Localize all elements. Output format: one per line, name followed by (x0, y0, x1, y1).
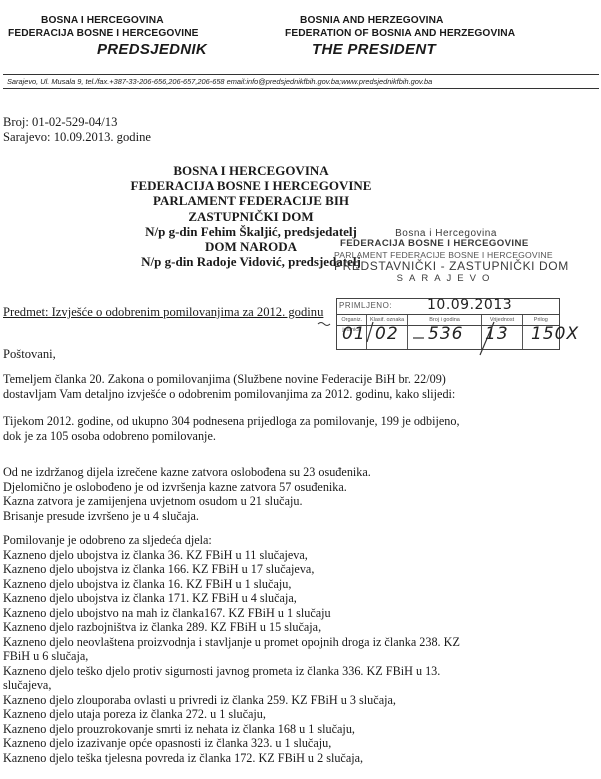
letterhead-office-title: PREDSJEDNIK (0, 41, 300, 58)
letterhead-country-en: BOSNIA AND HERZEGOVINA (300, 14, 601, 27)
letterhead-bosnian: BOSNA I HERCEGOVINA FEDERACIJA BOSNE I H… (0, 14, 300, 58)
recipient-line: FEDERACIJA BOSNE I HERCEGOVINE (120, 178, 382, 193)
text-line: dostavljam Vam detaljno izvješće o odobr… (3, 387, 455, 402)
details-paragraph: Od ne izdržanog dijela izrečene kazne za… (3, 465, 371, 523)
received-stamp: Bosna i Hercegovina FEDERACIJA BOSNE I H… (334, 228, 558, 284)
list-item: Kazneno djelo zlouporaba ovlasti u privr… (3, 693, 460, 708)
handwritten-attachment: 150X (531, 324, 579, 344)
reference-number: Broj: 01-02-529-04/13 (3, 115, 151, 130)
letterhead-english: BOSNIA AND HERZEGOVINA FEDERATION OF BOS… (300, 14, 601, 58)
recipient-line: BOSNA I HERCEGOVINA (120, 163, 382, 178)
recipient-line: PARLAMENT FEDERACIJE BIH (120, 193, 382, 208)
reference-place-date: Sarajevo: 10.09.2013. godine (3, 130, 151, 145)
stamp-line: PARLAMENT FEDERACIJE BOSNE I HERCEGOVINE (334, 250, 558, 260)
reference-block: Broj: 01-02-529-04/13 Sarajevo: 10.09.20… (3, 115, 151, 145)
list-item: Kazneno djelo razbojništva iz članka 289… (3, 620, 460, 635)
letterhead-federation-en: FEDERATION OF BOSNIA AND HERZEGOVINA (285, 27, 601, 40)
letterhead-country: BOSNA I HERCEGOVINA (0, 14, 300, 27)
text-line: Od ne izdržanog dijela izrečene kazne za… (3, 465, 371, 480)
letterhead-federation: FEDERACIJA BOSNE I HERCEGOVINE (0, 27, 300, 40)
stamp-line: FEDERACIJA BOSNE I HERCEGOVINE (340, 239, 558, 250)
contact-bar: Sarajevo, Ul. Musala 9, tel./fax.+387-33… (3, 74, 599, 89)
list-item: Kazneno djelo ubojstva iz članka 16. KZ … (3, 577, 460, 592)
text-line: Djelomično je oslobođeno je od izvršenja… (3, 480, 371, 495)
list-item: Kazneno djelo teško djelo protiv sigurno… (3, 664, 460, 679)
text-line: Tijekom 2012. godine, od ukupno 304 podn… (3, 414, 460, 429)
stamp-line: PREDSTAVNIČKI - ZASTUPNIČKI DOM (334, 260, 558, 273)
list-item: Kazneno djelo ubojstva iz članka 36. KZ … (3, 548, 460, 563)
summary-paragraph: Tijekom 2012. godine, od ukupno 304 podn… (3, 414, 460, 443)
list-item: Kazneno djelo utaja poreza iz članka 272… (3, 707, 460, 722)
offenses-list: Pomilovanje je odobreno za sljedeća djel… (3, 533, 460, 765)
handwritten-class: 02 (375, 324, 399, 344)
handwritten-unit: 01 (342, 324, 366, 344)
text-line: Temeljem članka 20. Zakona o pomilovanji… (3, 372, 455, 387)
list-item: Kazneno djelo neovlaštena proizvodnja i … (3, 635, 460, 650)
text-line: Kazna zatvora je zamijenjena uvjetnom os… (3, 494, 371, 509)
list-item: Kazneno djelo ubojstva iz članka 171. KZ… (3, 591, 460, 606)
list-item: Kazneno djelo ubojstva iz članka 166. KZ… (3, 562, 460, 577)
offenses-intro: Pomilovanje je odobreno za sljedeća djel… (3, 533, 460, 548)
text-line: dok je za 105 osoba odobreno pomilovanje… (3, 429, 460, 444)
letterhead-office-title-en: THE PRESIDENT (300, 41, 601, 58)
text-line: Brisanje presude izvršeno je u 4 slučaja… (3, 509, 371, 524)
list-item: slučajeva, (3, 678, 460, 693)
received-label: PRIMLJENO: (339, 301, 392, 310)
greeting: Poštovani, (3, 347, 56, 362)
list-item: Kazneno djelo prouzrokovanje smrti iz ne… (3, 722, 460, 737)
intro-paragraph: Temeljem članka 20. Zakona o pomilovanji… (3, 372, 455, 401)
list-item: Kazneno djelo teška tjelesna povreda iz … (3, 751, 460, 766)
contact-info: Sarajevo, Ul. Musala 9, tel./fax.+387-33… (3, 75, 599, 88)
received-date: 10.09.2013 (427, 297, 512, 313)
list-item: FBiH u 6 slučaja, (3, 649, 460, 664)
handwritten-year: 13 (485, 324, 509, 344)
recipient-line: ZASTUPNIČKI DOM (120, 209, 382, 224)
subject-line: Predmet: Izvješće o odobrenim pomilovanj… (3, 305, 334, 320)
list-item: Kazneno djelo izazivanje opće opasnosti … (3, 736, 460, 751)
handwritten-number: 536 (428, 324, 463, 344)
stamp-city: SARAJEVO (334, 273, 558, 284)
list-item: Kazneno djelo ubojstvo na mah iz članka1… (3, 606, 460, 621)
